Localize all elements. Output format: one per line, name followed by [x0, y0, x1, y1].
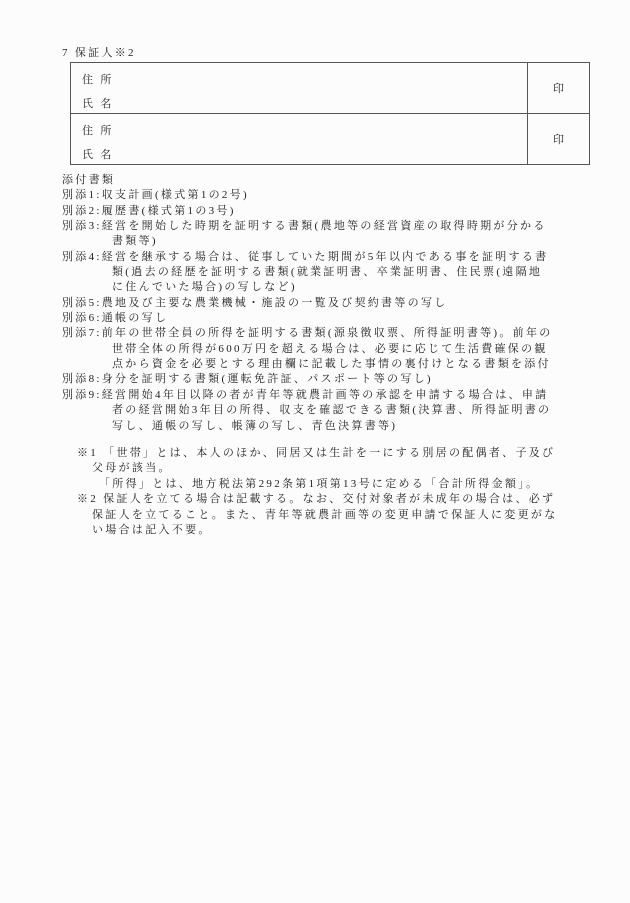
address-label: 住 所 [82, 119, 527, 143]
attachment-line: 別添5:農地及び主要な農業機械・施設の一覧及び契約書等の写し [62, 296, 630, 311]
note-line: ※2 保証人を立てる場合は記載する。なお、交付対象者が未成年の場合は、必ず [77, 492, 630, 507]
guarantor-row: 住 所 氏 名 印 [71, 63, 589, 113]
attachment-line: 点から資金を必要とする理由欄に記載した事情の裏付けとなる書類を添付 [112, 357, 630, 372]
note-line: 父母が該当。 [92, 461, 630, 476]
attachments-title: 添付書類 [62, 173, 630, 188]
attachment-line: 別添6:通帳の写し [62, 311, 630, 326]
note-line: ※1 「世帯」とは、本人のほか、同居又は生計を一にする別居の配偶者、子及び [77, 446, 630, 461]
attachments-section: 添付書類 別添1:収支計画(様式第1の2号) 別添2:履歴書(様式第1の3号) … [0, 173, 630, 434]
guarantor-table: 住 所 氏 名 印 住 所 氏 名 印 [70, 62, 590, 165]
attachment-line: 別添9:経営開始4年目以降の者が青年等就農計画等の承認を申請する場合は、申請 [62, 388, 630, 403]
attachment-line: 写し、通帳の写し、帳簿の写し、青色決算書等) [112, 419, 630, 434]
address-name-cell: 住 所 氏 名 [71, 114, 527, 164]
attachment-line: 別添1:収支計画(様式第1の2号) [62, 188, 630, 203]
attachment-line: 別添2:履歴書(様式第1の3号) [62, 204, 630, 219]
attachment-line: 者の経営開始3年目の所得、収支を確認できる書類(決算書、所得証明書の [112, 403, 630, 418]
attachment-line: 書類等) [112, 234, 630, 249]
address-name-cell: 住 所 氏 名 [71, 63, 527, 113]
note-line: 「所得」とは、地方税法第292条第1項第13号に定める「合計所得金額」。 [99, 477, 630, 492]
notes-section: ※1 「世帯」とは、本人のほか、同居又は生計を一にする別居の配偶者、子及び 父母… [0, 446, 630, 538]
attachment-line: 類(過去の経歴を証明する書類(就業証明書、卒業証明書、住民票(遠隔地 [112, 265, 630, 280]
note-line: 保証人を立てること。また、青年等就農計画等の変更申請で保証人に変更がな [92, 508, 630, 523]
attachment-line: に住んでいた場合)の写しなど) [112, 280, 630, 295]
seal-cell: 印 [527, 63, 589, 113]
attachment-line: 別添8:身分を証明する書類(運転免許証、パスポート等の写し) [62, 372, 630, 387]
document-page: 7 保証人※2 住 所 氏 名 印 住 所 氏 名 印 添付書類 別添1:収支計… [0, 0, 630, 903]
name-label: 氏 名 [82, 92, 527, 116]
attachment-line: 別添3:経営を開始した時期を証明する書類(農地等の経営資産の取得時期が分かる [62, 219, 630, 234]
address-label: 住 所 [82, 68, 527, 92]
attachment-line: 別添7:前年の世帯全員の所得を証明する書類(源泉徴収票、所得証明書等)。前年の [62, 326, 630, 341]
attachment-line: 別添4:経営を継承する場合は、従事していた期間が5年以内である事を証明する書 [62, 250, 630, 265]
note-line: い場合は記入不要。 [92, 523, 630, 538]
seal-cell: 印 [527, 114, 589, 164]
name-label: 氏 名 [82, 143, 527, 167]
guarantor-row: 住 所 氏 名 印 [71, 113, 589, 164]
section-heading-guarantor: 7 保証人※2 [62, 44, 136, 60]
seal-label: 印 [553, 80, 564, 96]
attachment-line: 世帯全体の所得が600万円を超える場合は、必要に応じて生活費確保の観 [112, 342, 630, 357]
seal-label: 印 [553, 131, 564, 147]
